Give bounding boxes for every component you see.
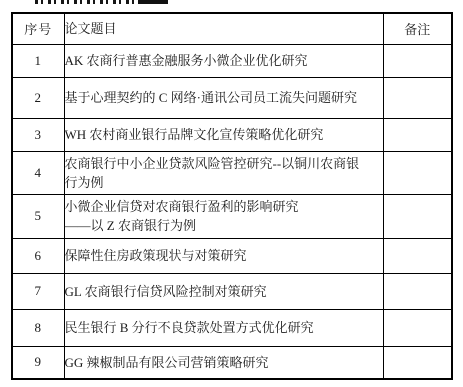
row-number: 7 [12, 273, 64, 309]
header-remarks: 备注 [383, 13, 452, 44]
header-title: 论文题目 [64, 13, 383, 44]
table-row: 2 基于心理契约的 C 网络·通讯公司员工流失问题研究 [12, 77, 452, 118]
thesis-title: 农商银行中小企业贷款风险管控研究--以铜川农商银 行为例 [64, 151, 383, 194]
remark-cell [383, 77, 452, 118]
row-number: 9 [12, 346, 64, 379]
cropped-text-fragment [35, 0, 167, 4]
remark-cell [383, 194, 452, 238]
thesis-title: GL 农商银行信贷风险控制对策研究 [64, 273, 383, 309]
row-number: 5 [12, 194, 64, 238]
table-row: 5 小微企业信贷对农商银行盈利的影响研究 ——以 Z 农商银行为例 [12, 194, 452, 238]
thesis-title: AK 农商行普惠金融服务小微企业优化研究 [64, 44, 383, 77]
row-number: 1 [12, 44, 64, 77]
row-number: 3 [12, 118, 64, 151]
header-number: 序号 [12, 13, 64, 44]
remark-cell [383, 118, 452, 151]
remark-cell [383, 273, 452, 309]
remark-cell [383, 309, 452, 346]
thesis-title: 基于心理契约的 C 网络·通讯公司员工流失问题研究 [64, 77, 383, 118]
row-number: 8 [12, 309, 64, 346]
table-row: 1 AK 农商行普惠金融服务小微企业优化研究 [12, 44, 452, 77]
thesis-title: 小微企业信贷对农商银行盈利的影响研究 ——以 Z 农商银行为例 [64, 194, 383, 238]
table-row: 9 GG 辣椒制品有限公司营销策略研究 [12, 346, 452, 379]
table-row: 8 民生银行 B 分行不良贷款处置方式优化研究 [12, 309, 452, 346]
table-row: 7 GL 农商银行信贷风险控制对策研究 [12, 273, 452, 309]
table-row: 3 WH 农村商业银行品牌文化宣传策略优化研究 [12, 118, 452, 151]
thesis-title: 保障性住房政策现状与对策研究 [64, 238, 383, 273]
header-row: 序号 论文题目 备注 [12, 13, 452, 44]
remark-cell [383, 44, 452, 77]
remark-cell [383, 238, 452, 273]
cropped-text-fragment-bold [138, 0, 168, 4]
row-number: 6 [12, 238, 64, 273]
thesis-title-table: 序号 论文题目 备注 1 AK 农商行普惠金融服务小微企业优化研究 2 基于心理… [11, 12, 453, 380]
table-row: 6 保障性住房政策现状与对策研究 [12, 238, 452, 273]
remark-cell [383, 346, 452, 379]
row-number: 4 [12, 151, 64, 194]
thesis-title: WH 农村商业银行品牌文化宣传策略优化研究 [64, 118, 383, 151]
table-row: 4 农商银行中小企业贷款风险管控研究--以铜川农商银 行为例 [12, 151, 452, 194]
thesis-title: GG 辣椒制品有限公司营销策略研究 [64, 346, 383, 379]
row-number: 2 [12, 77, 64, 118]
remark-cell [383, 151, 452, 194]
thesis-title: 民生银行 B 分行不良贷款处置方式优化研究 [64, 309, 383, 346]
